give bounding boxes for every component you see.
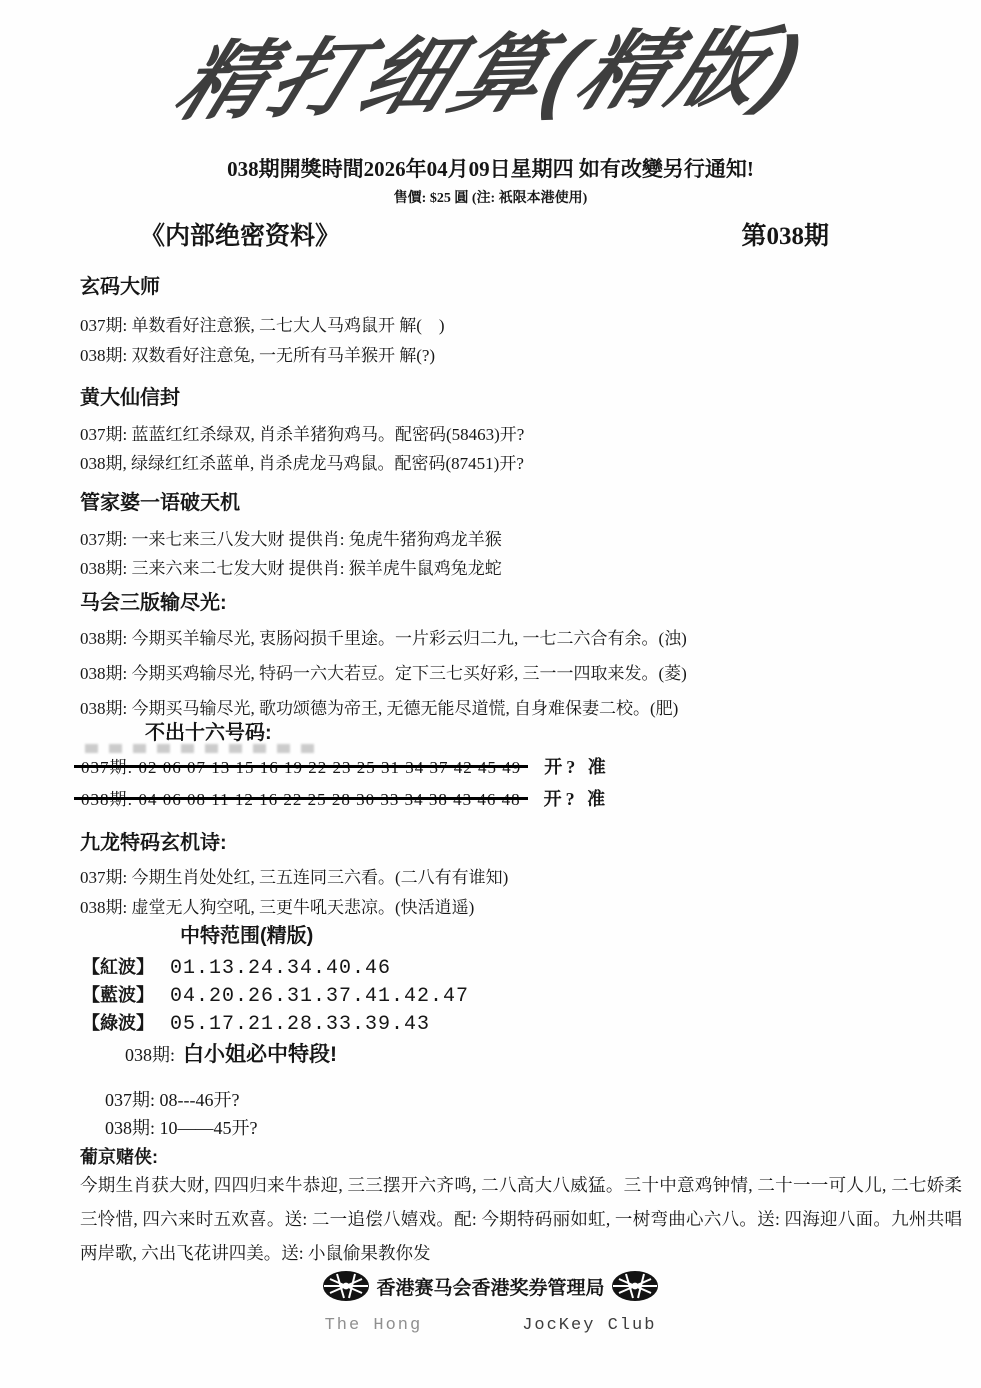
row-suffix: 开? 准	[544, 757, 610, 777]
range-line-037: 037期: 08---46开?	[105, 1086, 239, 1114]
section-heading: 玄码大师	[80, 270, 445, 299]
sixteen-row-037: 037期: 02 06 07 13 15 16 19 22 23 25 31 3…	[76, 753, 610, 779]
price-note: 售價: $25 圓 (注: 祇限本港使用)	[0, 187, 981, 207]
sixteen-heading: 不出十六号码:	[145, 716, 272, 745]
tip-line: 038期: 今期买鸡输尽光, 特码一六大若豆。定下三七买好彩, 三一一四取来发。…	[80, 656, 687, 691]
red-wave-numbers: 01.13.24.34.40.46	[170, 955, 391, 982]
tip-line: 038期: 双数看好注意兔, 一无所有马羊猴开 解(?)	[80, 341, 445, 371]
footer-english-right: JocKey Club	[522, 1316, 656, 1335]
row-suffix: 开? 准	[544, 789, 610, 809]
wave-row-red: 【紅波】 01.13.24.34.40.46	[82, 954, 469, 982]
baixiaojie-heading: 038期:白小姐必中特段!	[125, 1038, 337, 1068]
tip-line: 037期: 蓝蓝红红杀绿双, 肖杀羊猪狗鸡马。配密码(58463)开?	[80, 420, 524, 449]
section-huangdaxian: 黄大仙信封 037期: 蓝蓝红红杀绿双, 肖杀羊猪狗鸡马。配密码(58463)开…	[80, 381, 524, 478]
doc-title: 《内部绝密资料》	[140, 216, 340, 252]
tip-line: 038期: 三来六来二七发大财 提供肖: 猴羊虎牛鼠鸡兔龙蛇	[80, 554, 502, 583]
footer-english-left: The Hong	[325, 1316, 423, 1335]
draw-notice: 038期開獎時間2026年04月09日星期四 如有改變另行通知!	[0, 153, 981, 183]
doc-title-row: 《内部绝密资料》 第038期	[140, 216, 829, 252]
baixiaojie-title: 白小姐必中特段!	[183, 1043, 337, 1066]
hkjc-oval-logo-icon	[611, 1270, 659, 1302]
tip-line: 038期, 绿绿红红杀蓝单, 肖杀虎龙马鸡鼠。配密码(87451)开?	[80, 449, 524, 478]
section-guanjiapo: 管家婆一语破天机 037期: 一来七来三八发大财 提供肖: 兔虎牛猪狗鸡龙羊猴 …	[80, 486, 502, 583]
issue-number: 第038期	[741, 216, 829, 252]
range-line-038: 038期: 10——45开?	[105, 1114, 258, 1142]
tip-line: 038期: 今期买羊输尽光, 衷肠闷损千里途。一片彩云归二九, 一七二六合有余。…	[80, 621, 687, 656]
tip-line: 037期: 一来七来三八发大财 提供肖: 兔虎牛猪狗鸡龙羊猴	[80, 525, 502, 554]
section-heading: 九龙特码玄机诗:	[80, 826, 508, 855]
green-wave-numbers: 05.17.21.28.33.39.43	[170, 1011, 430, 1038]
blue-wave-numbers: 04.20.26.31.37.41.42.47	[170, 983, 469, 1010]
section-heading: 管家婆一语破天机	[80, 486, 502, 515]
footer-english-row: The Hong JocKey Club	[0, 1316, 981, 1335]
tip-line: 037期: 今期生肖处处红, 三五连同三六看。(二八有有谁知)	[80, 863, 508, 893]
section-heading: 黄大仙信封	[80, 381, 524, 410]
masthead-scribble-title: 精打细算(精版)	[0, 13, 981, 138]
wave-table: 【紅波】 01.13.24.34.40.46 【藍波】 04.20.26.31.…	[82, 954, 469, 1038]
struck-numbers: 038期: 04 06 08 11 12 16 22 25 28 30 33 3…	[76, 785, 526, 810]
footer-logo-row: 香港赛马会香港奖券管理局	[0, 1270, 981, 1302]
struck-numbers: 037期: 02 06 07 13 15 16 19 22 23 25 31 3…	[76, 753, 526, 778]
section-xuanma: 玄码大师 037期: 单数看好注意猴, 二七大人马鸡鼠开 解( ) 038期: …	[80, 270, 445, 371]
section-mahui: 马会三版输尽光: 038期: 今期买羊输尽光, 衷肠闷损千里途。一片彩云归二九,…	[80, 586, 687, 726]
tip-sheet-page: 精打细算(精版) 038期開獎時間2026年04月09日星期四 如有改變另行通知…	[0, 0, 981, 1388]
org-name: 香港赛马会香港奖券管理局	[376, 1273, 604, 1300]
zhongte-heading: 中特范围(精版)	[180, 919, 313, 948]
issue-prefix: 038期:	[125, 1045, 175, 1065]
sixteen-row-038: 038期: 04 06 08 11 12 16 22 25 28 30 33 3…	[76, 785, 609, 811]
wave-row-blue: 【藍波】 04.20.26.31.37.41.42.47	[82, 982, 469, 1010]
pujing-paragraph: 今期生肖获大财, 四四归来牛恭迎, 三三摆开六齐鸣, 二八高大八威猛。三十中意鸡…	[80, 1168, 962, 1270]
tip-line: 037期: 单数看好注意猴, 二七大人马鸡鼠开 解( )	[80, 311, 445, 341]
hkjc-oval-logo-icon	[322, 1270, 370, 1302]
pujing-heading: 葡京赌侠:	[80, 1143, 158, 1169]
green-wave-label: 【綠波】	[82, 1010, 154, 1037]
wave-row-green: 【綠波】 05.17.21.28.33.39.43	[82, 1010, 469, 1038]
section-heading: 马会三版输尽光:	[80, 586, 687, 615]
section-jiulong: 九龙特码玄机诗: 037期: 今期生肖处处红, 三五连同三六看。(二八有有谁知)…	[80, 826, 508, 923]
red-wave-label: 【紅波】	[82, 954, 154, 981]
print-smudge-artifact	[85, 744, 325, 753]
blue-wave-label: 【藍波】	[82, 982, 154, 1009]
